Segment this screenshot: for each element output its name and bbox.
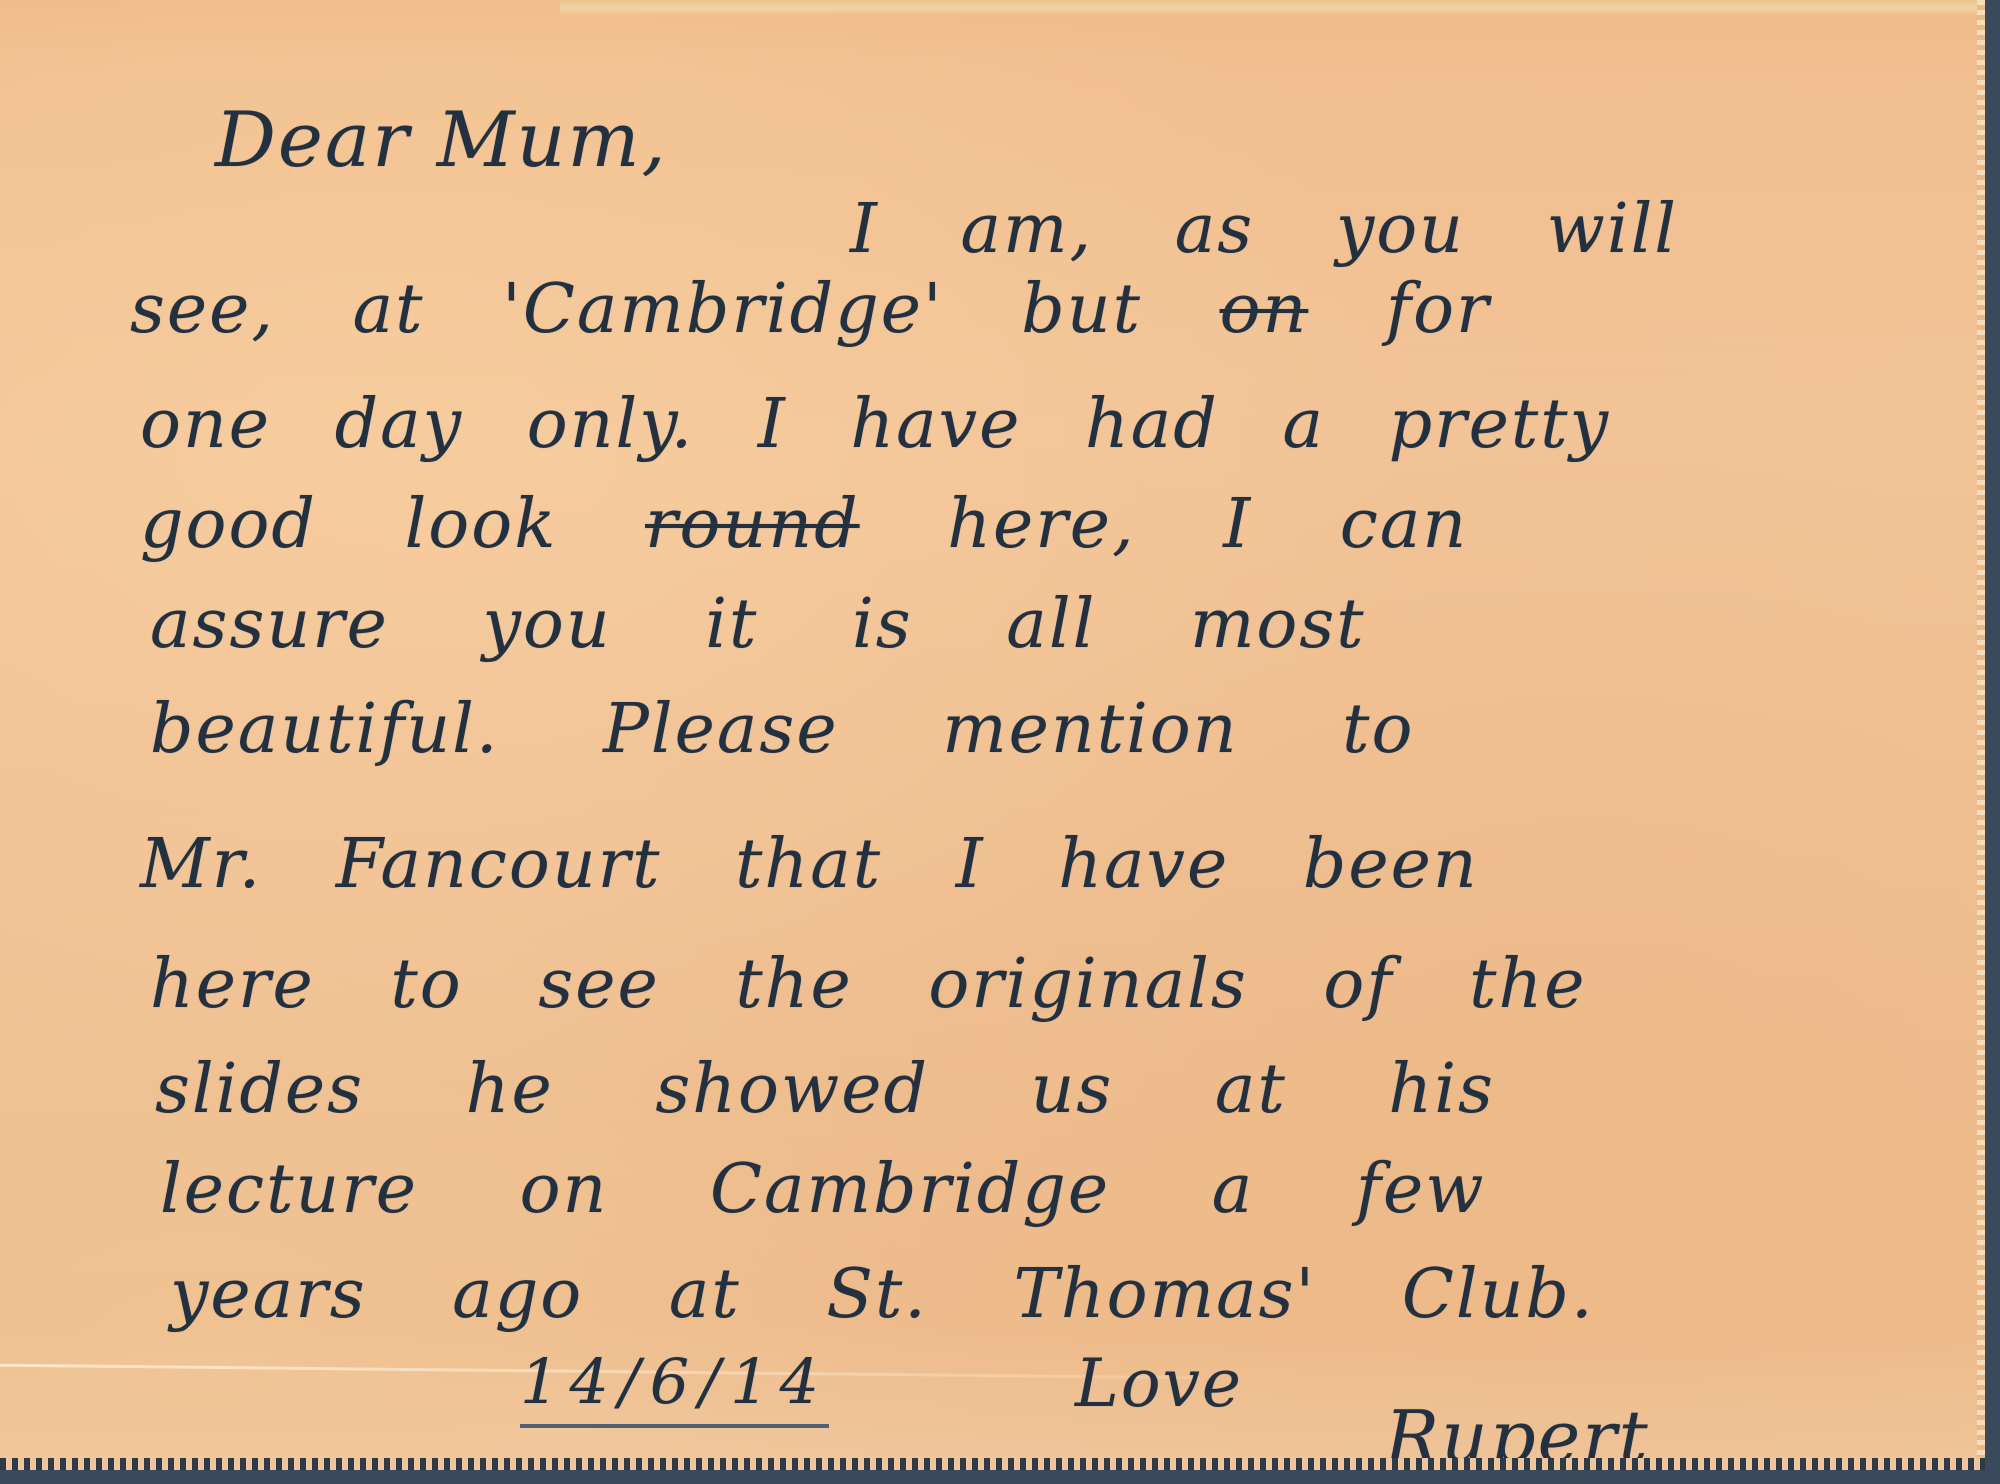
word: his: [1388, 1050, 1494, 1129]
word: us: [1031, 1050, 1114, 1129]
paper-bottom-torn-edge: [0, 1458, 1985, 1470]
struck-word: on: [1220, 270, 1309, 349]
letter-line-2: see, at 'Cambridge' but on for: [130, 270, 1491, 349]
word: but: [1021, 270, 1142, 349]
word: as: [1175, 190, 1254, 269]
word: ago: [452, 1255, 583, 1334]
word: pretty: [1389, 385, 1610, 464]
word: the: [735, 945, 852, 1024]
word: beautiful.: [150, 690, 500, 769]
word: 'Cambridge': [502, 270, 944, 349]
word: a: [1282, 385, 1325, 464]
word: at: [669, 1255, 741, 1334]
paper-top-edge: [560, 0, 1985, 16]
word: you: [1336, 190, 1465, 269]
word: St.: [826, 1255, 928, 1334]
word: to: [1342, 690, 1414, 769]
word: the: [1469, 945, 1586, 1024]
letter-line-8: here to see the originals of the: [150, 945, 1587, 1024]
word: I: [758, 385, 787, 464]
word: at: [1215, 1050, 1287, 1129]
letter-line-5: assure you it is all most: [150, 585, 1366, 664]
word: I: [956, 825, 985, 904]
word: Club.: [1402, 1255, 1595, 1334]
word: look: [405, 485, 558, 564]
word: good: [140, 485, 317, 564]
word: lecture: [160, 1150, 418, 1229]
word: mention: [942, 690, 1238, 769]
word: you: [483, 585, 612, 664]
word: here: [150, 945, 315, 1024]
word: day: [335, 385, 464, 464]
letter-date: 14/6/14: [520, 1345, 829, 1428]
letter-line-1: I am, as you will: [850, 190, 1678, 269]
word: Please: [603, 690, 838, 769]
word: few: [1356, 1150, 1486, 1229]
struck-word: round: [645, 485, 860, 564]
salutation: Dear Mum,: [215, 95, 668, 184]
word: it: [705, 585, 758, 664]
word: at: [353, 270, 425, 349]
letter-line-4: good look round here, I can: [140, 485, 1468, 564]
word: all: [1006, 585, 1096, 664]
word: have: [850, 385, 1021, 464]
letter-line-10: lecture on Cambridge a few: [160, 1150, 1486, 1229]
word: to: [390, 945, 462, 1024]
word: of: [1323, 945, 1393, 1024]
word: will: [1547, 190, 1678, 269]
word: that: [735, 825, 882, 904]
word: am,: [961, 190, 1094, 269]
word: I: [1223, 485, 1252, 564]
word: one: [140, 385, 271, 464]
word: can: [1340, 485, 1468, 564]
word: had: [1085, 385, 1219, 464]
letter-line-7: Mr. Fancourt that I have been: [140, 825, 1479, 904]
word: a: [1212, 1150, 1255, 1229]
word: been: [1303, 825, 1479, 904]
word: for: [1386, 270, 1491, 349]
word: here,: [947, 485, 1135, 564]
word: only.: [527, 385, 694, 464]
word: showed: [655, 1050, 929, 1129]
paper-right-perforated-edge: [1977, 0, 1985, 1470]
word: see: [538, 945, 659, 1024]
word: originals: [928, 945, 1247, 1024]
word: on: [520, 1150, 609, 1229]
word: slides: [155, 1050, 364, 1129]
word: I: [850, 190, 879, 269]
letter-line-11: years ago at St. Thomas' Club.: [170, 1255, 1595, 1334]
word: Cambridge: [710, 1150, 1110, 1229]
word: have: [1058, 825, 1229, 904]
word: is: [852, 585, 913, 664]
letter-paper: Dear Mum, I am, as you will see, at 'Cam…: [0, 0, 1985, 1470]
word: see,: [130, 270, 275, 349]
letter-line-9: slides he showed us at his: [155, 1050, 1495, 1129]
word: Mr.: [140, 825, 262, 904]
word: he: [466, 1050, 554, 1129]
word: assure: [150, 585, 389, 664]
letter-line-6: beautiful. Please mention to: [150, 690, 1414, 769]
word: Thomas': [1014, 1255, 1317, 1334]
word: years: [170, 1255, 367, 1334]
word: most: [1190, 585, 1366, 664]
letter-closing: Love: [1075, 1345, 1243, 1422]
letter-line-3: one day only. I have had a pretty: [140, 385, 1610, 464]
word: Fancourt: [336, 825, 662, 904]
